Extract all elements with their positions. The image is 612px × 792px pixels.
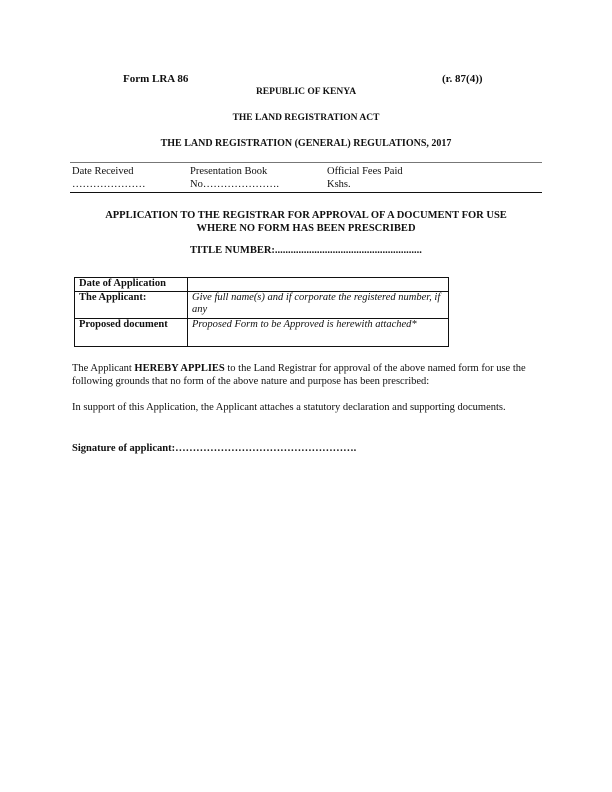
- regulations-heading: THE LAND REGISTRATION (GENERAL) REGULATI…: [0, 138, 612, 149]
- presentation-book-value: No………………….: [190, 178, 279, 191]
- applicant-value: Give full name(s) and if corporate the r…: [188, 292, 449, 319]
- table-row: The Applicant: Give full name(s) and if …: [75, 292, 449, 319]
- date-received-label: Date Received: [72, 165, 146, 178]
- top-divider: [70, 162, 542, 163]
- republic-heading: REPUBLIC OF KENYA: [0, 87, 612, 97]
- signature-line: Signature of applicant:………………………………………………: [72, 443, 356, 454]
- title-number-field: TITLE NUMBER:...........................…: [0, 245, 612, 256]
- table-row: Proposed document Proposed Form to be Ap…: [75, 319, 449, 347]
- application-heading-line2: WHERE NO FORM HAS BEEN PRESCRIBED: [0, 222, 612, 235]
- official-fees-value: Kshs.: [327, 178, 403, 191]
- date-of-application-value: [188, 278, 449, 292]
- statement-prefix: The Applicant: [72, 363, 134, 374]
- application-statement: The Applicant HEREBY APPLIES to the Land…: [72, 363, 542, 388]
- form-id: Form LRA 86: [123, 73, 188, 85]
- application-details-table: Date of Application The Applicant: Give …: [74, 277, 449, 347]
- date-of-application-label: Date of Application: [75, 278, 188, 292]
- proposed-document-value: Proposed Form to be Approved is herewith…: [188, 319, 449, 347]
- proposed-document-label: Proposed document: [75, 319, 188, 347]
- application-heading: APPLICATION TO THE REGISTRAR FOR APPROVA…: [0, 209, 612, 235]
- applicant-label: The Applicant:: [75, 292, 188, 319]
- date-received-value: …………………: [72, 178, 146, 191]
- support-statement: In support of this Application, the Appl…: [72, 402, 542, 415]
- bottom-divider: [70, 192, 542, 193]
- official-fees-field: Official Fees Paid Kshs.: [327, 165, 403, 191]
- statement-emphasis: HEREBY APPLIES: [134, 363, 224, 374]
- rule-reference: (r. 87(4)): [442, 73, 483, 85]
- date-received-field: Date Received …………………: [72, 165, 146, 191]
- table-row: Date of Application: [75, 278, 449, 292]
- presentation-book-label: Presentation Book: [190, 165, 279, 178]
- application-heading-line1: APPLICATION TO THE REGISTRAR FOR APPROVA…: [0, 209, 612, 222]
- presentation-book-field: Presentation Book No………………….: [190, 165, 279, 191]
- official-fees-label: Official Fees Paid: [327, 165, 403, 178]
- act-heading: THE LAND REGISTRATION ACT: [0, 113, 612, 123]
